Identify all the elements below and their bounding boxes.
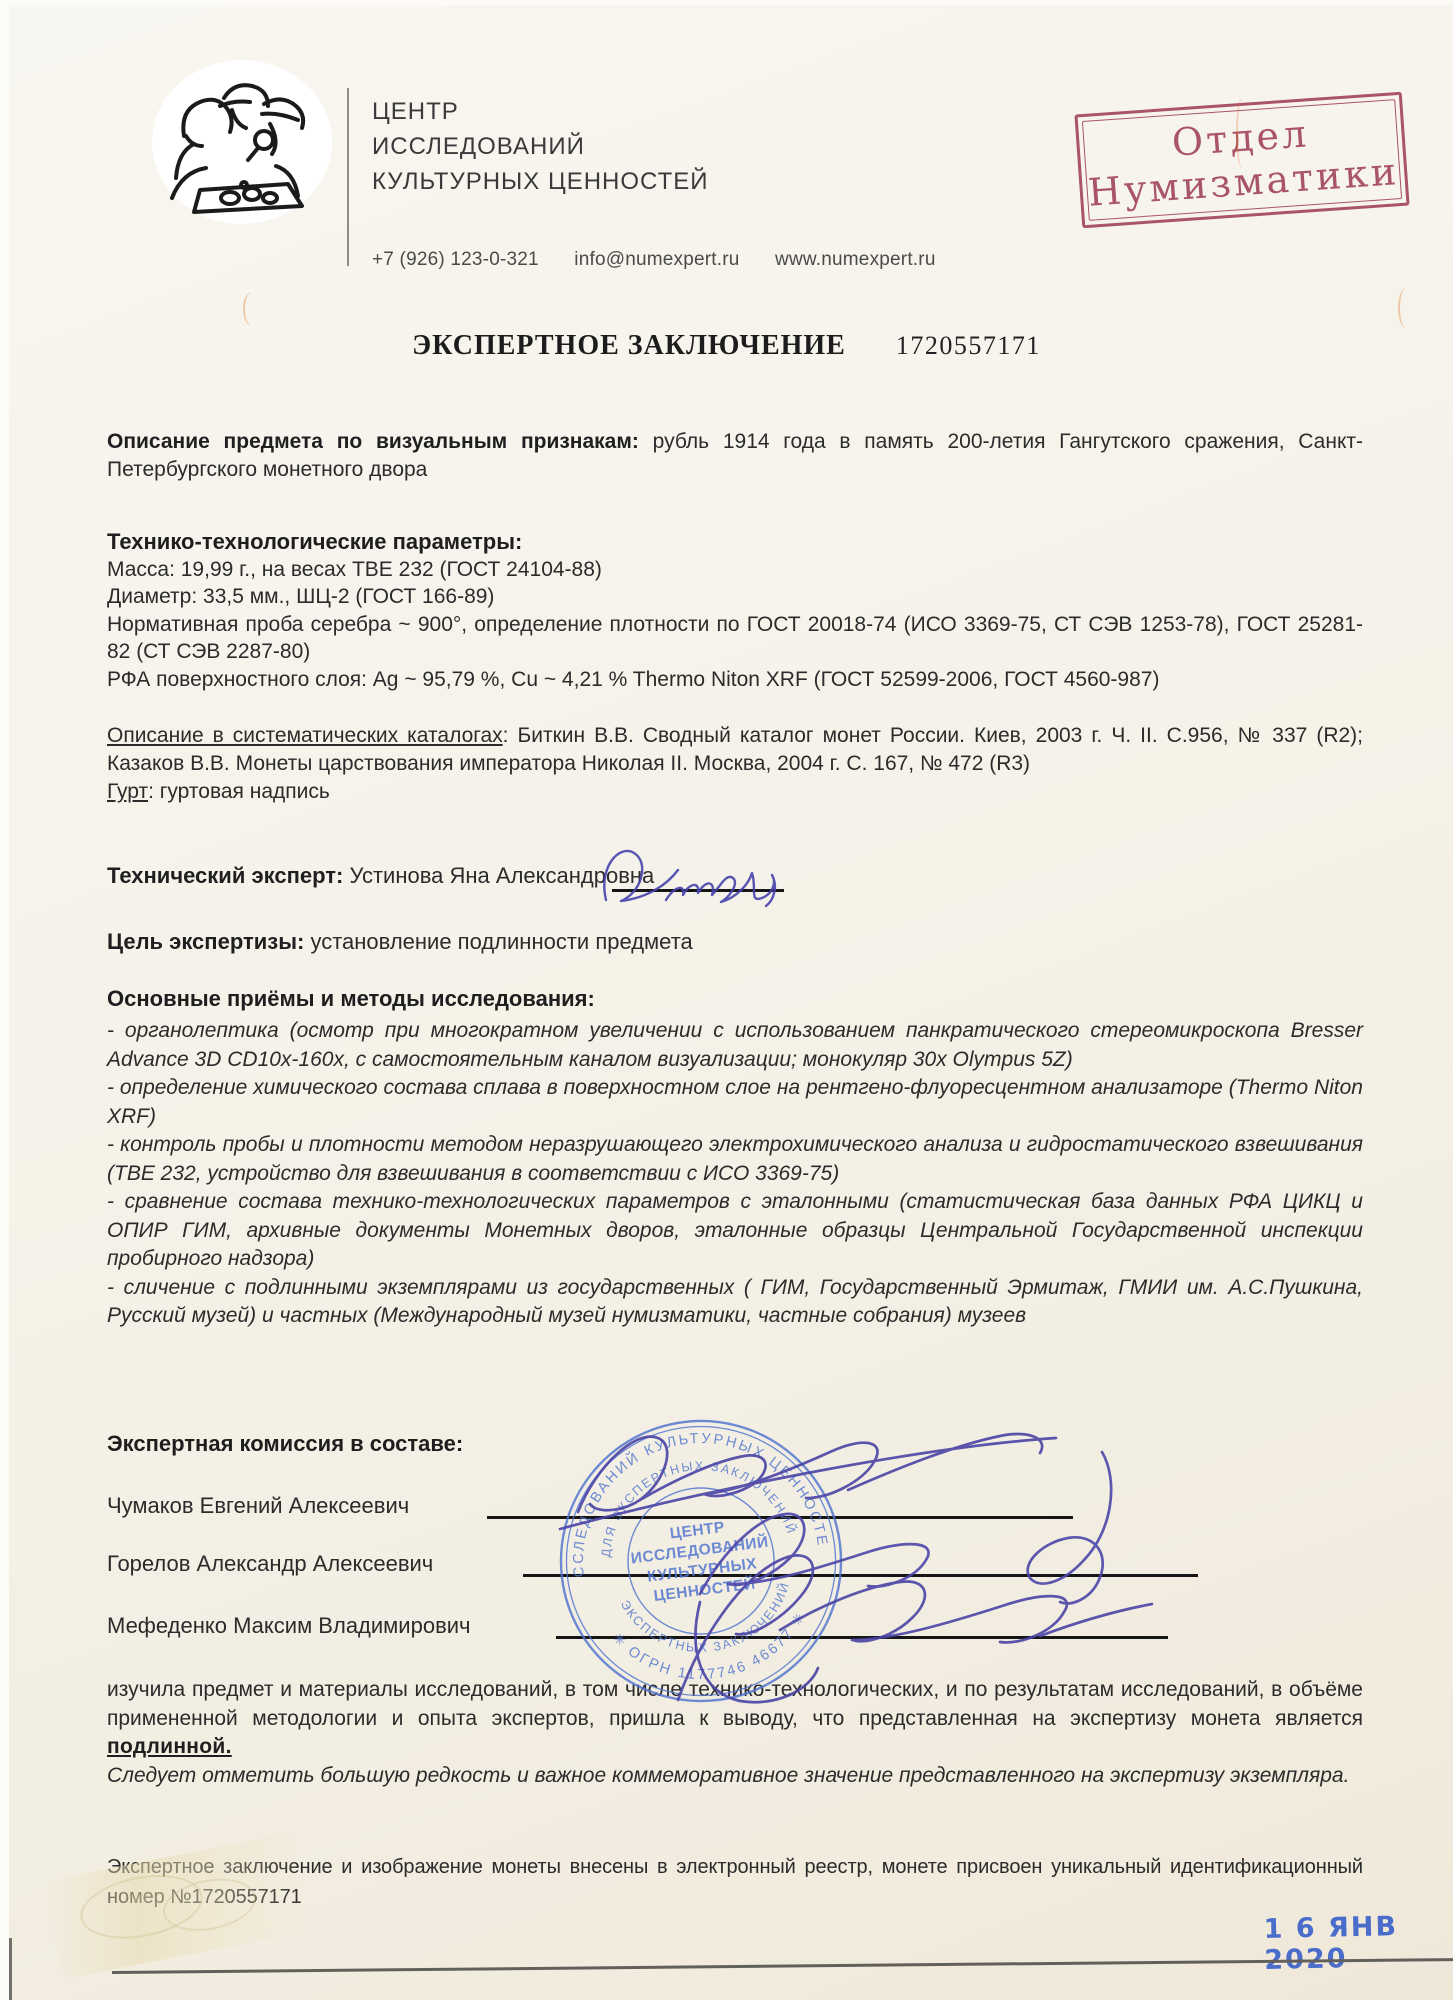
conclusion-section: изучила предмет и материалы исследований…	[107, 1676, 1363, 1790]
conclusion-paragraph: изучила предмет и материалы исследований…	[107, 1676, 1363, 1762]
tech-params-section: Технико-технологические параметры: Масса…	[107, 528, 1363, 693]
tech-param-line: Диаметр: 33,5 мм., ШЦ-2 (ГОСТ 166-89)	[107, 583, 1363, 611]
conclusion-note: Следует отметить большую редкость и важн…	[107, 1762, 1363, 1791]
expert-line: Технический эксперт: Устинова Яна Алекса…	[107, 862, 1363, 890]
method-item: - определение химического состава сплава…	[107, 1074, 1363, 1131]
signature-gorelov	[700, 1452, 1111, 1603]
org-name-line-1: ЦЕНТР	[372, 94, 709, 129]
purpose-label: Цель экспертизы:	[107, 929, 304, 954]
gurt-line: Гурт: гуртовая надпись	[107, 778, 1363, 806]
org-name-line-2: ИССЛЕДОВАНИЙ	[372, 129, 709, 164]
scan-bottom-line	[112, 1958, 1453, 1973]
description-label: Описание предмета по визуальным признака…	[107, 430, 639, 453]
org-name-line-3: КУЛЬТУРНЫХ ЦЕННОСТЕЙ	[372, 164, 709, 199]
expert-signature-line	[612, 889, 784, 892]
document-number: 1720557171	[896, 331, 1041, 361]
tech-param-line: РФА поверхностного слоя: Ag ~ 95,79 %, C…	[107, 666, 1363, 694]
purpose-line: Цель экспертизы: установление подлинност…	[107, 928, 1363, 956]
method-item: - сличение с подлинными экземплярами из …	[107, 1274, 1363, 1331]
commission-member-name: Чумаков Евгений Алексеевич	[107, 1493, 409, 1518]
gurt-text: : гуртовая надпись	[148, 780, 330, 803]
tech-param-line: Нормативная проба серебра ~ 900°, опреде…	[107, 611, 1363, 666]
tech-params-heading: Технико-технологические параметры:	[107, 528, 1363, 556]
signature-line	[523, 1574, 1198, 1577]
scan-top-edge	[0, 0, 1453, 5]
email-address: info@numexpert.ru	[574, 249, 739, 270]
commission-member-name: Горелов Александр Алексеевич	[107, 1551, 433, 1576]
scan-left-edge-line	[9, 1938, 12, 2000]
date-stamp: 1 6 ЯНВ 2020	[1263, 1910, 1453, 1976]
phone-number: +7 (926) 123-0-321	[372, 249, 539, 270]
verdict-text: подлинной.	[107, 1735, 232, 1758]
signature-line	[556, 1636, 1168, 1639]
scan-artifact	[1398, 288, 1414, 328]
stamp-center-line-1: ЦЕНТР	[669, 1519, 726, 1543]
stamp-center-line-4: ЦЕННОСТЕЙ	[653, 1575, 757, 1605]
scan-artifact	[1236, 98, 1248, 168]
scan-artifact	[243, 292, 261, 326]
methods-section: Основные приёмы и методы исследования: -…	[107, 985, 1363, 1331]
method-item: - органолептика (осмотр при многократном…	[107, 1017, 1363, 1074]
commission-member-name: Мефеденко Максим Владимирович	[107, 1613, 471, 1638]
commission-heading: Экспертная комиссия в составе:	[107, 1430, 1363, 1458]
conclusion-text: изучила предмет и материалы исследований…	[107, 1678, 1363, 1730]
embossed-seal	[45, 1833, 309, 1979]
org-name: ЦЕНТР ИССЛЕДОВАНИЙ КУЛЬТУРНЫХ ЦЕННОСТЕЙ	[372, 94, 709, 199]
catalogs-label: Описание в систематических каталогах	[107, 724, 503, 747]
document-page: ЦЕНТР ИССЛЕДОВАНИЙ КУЛЬТУРНЫХ ЦЕННОСТЕЙ …	[0, 0, 1453, 2000]
document-title: ЭКСПЕРТНОЕ ЗАКЛЮЧЕНИЕ	[412, 330, 846, 362]
method-item: - контроль пробы и плотности методом нер…	[107, 1131, 1363, 1188]
catalogs-paragraph: Описание в систематических каталогах: Би…	[107, 722, 1363, 778]
expert-label: Технический эксперт:	[107, 863, 343, 888]
website-url: www.numexpert.ru	[775, 249, 936, 270]
contact-row: +7 (926) 123-0-321 info@numexpert.ru www…	[372, 249, 966, 271]
header-divider	[347, 88, 349, 266]
methods-heading: Основные приёмы и методы исследования:	[107, 985, 1363, 1013]
tech-param-line: Масса: 19,99 г., на весах ТВЕ 232 (ГОСТ …	[107, 556, 1363, 584]
signature-line	[487, 1516, 1073, 1519]
description-paragraph: Описание предмета по визуальным признака…	[107, 428, 1363, 484]
scan-left-edge	[0, 0, 9, 2000]
purpose-text: установление подлинности предмета	[310, 929, 692, 954]
center-logo-icon	[146, 58, 338, 228]
catalogs-section: Описание в систематических каталогах: Би…	[107, 722, 1363, 806]
method-item: - сравнение состава технико-технологичес…	[107, 1188, 1363, 1274]
gurt-label: Гурт	[107, 780, 148, 803]
expert-name: Устинова Яна Александровна	[349, 863, 654, 888]
title-row: ЭКСПЕРТНОЕ ЗАКЛЮЧЕНИЕ 1720557171	[0, 330, 1453, 362]
